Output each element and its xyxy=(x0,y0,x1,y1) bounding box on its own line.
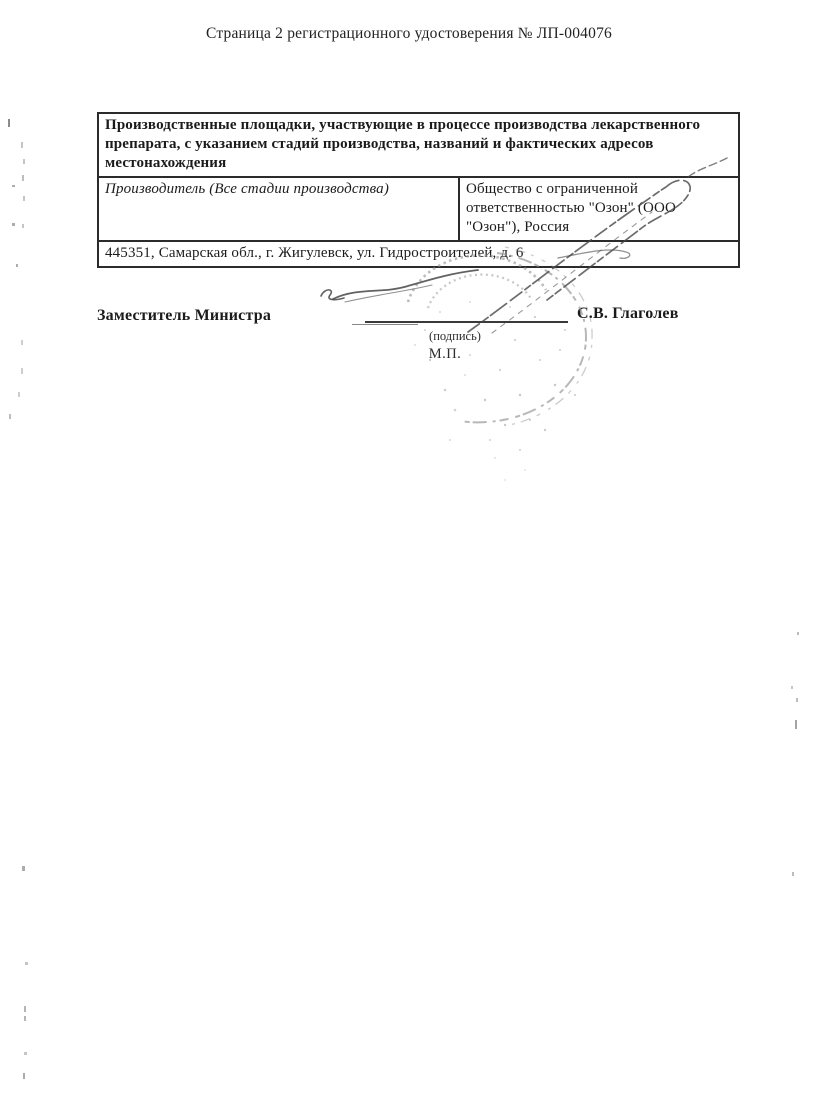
address-row: 445351, Самарская обл., г. Жигулевск, ул… xyxy=(98,241,739,267)
table-title-cell: Производственные площадки, участвующие в… xyxy=(98,113,739,177)
table-title-row: Производственные площадки, участвующие в… xyxy=(98,113,739,177)
official-title: Заместитель Министра xyxy=(97,307,271,325)
stamp-place-abbr: М.П. xyxy=(390,346,500,363)
producer-value-cell: Общество с ограниченной ответственностью… xyxy=(459,177,739,241)
document-page: Страница 2 регистрационного удостоверени… xyxy=(0,0,818,1093)
signature-line xyxy=(365,321,568,323)
signature-line-overlap xyxy=(352,324,418,325)
address-cell: 445351, Самарская обл., г. Жигулевск, ул… xyxy=(98,241,739,267)
page-header: Страница 2 регистрационного удостоверени… xyxy=(0,25,818,43)
official-name: С.В. Глаголев xyxy=(577,305,679,323)
producer-row: Производитель (Все стадии производства) … xyxy=(98,177,739,241)
production-sites-table: Производственные площадки, участвующие в… xyxy=(97,112,740,268)
signature-caption: (подпись) xyxy=(395,329,515,344)
producer-label-cell: Производитель (Все стадии производства) xyxy=(98,177,459,241)
